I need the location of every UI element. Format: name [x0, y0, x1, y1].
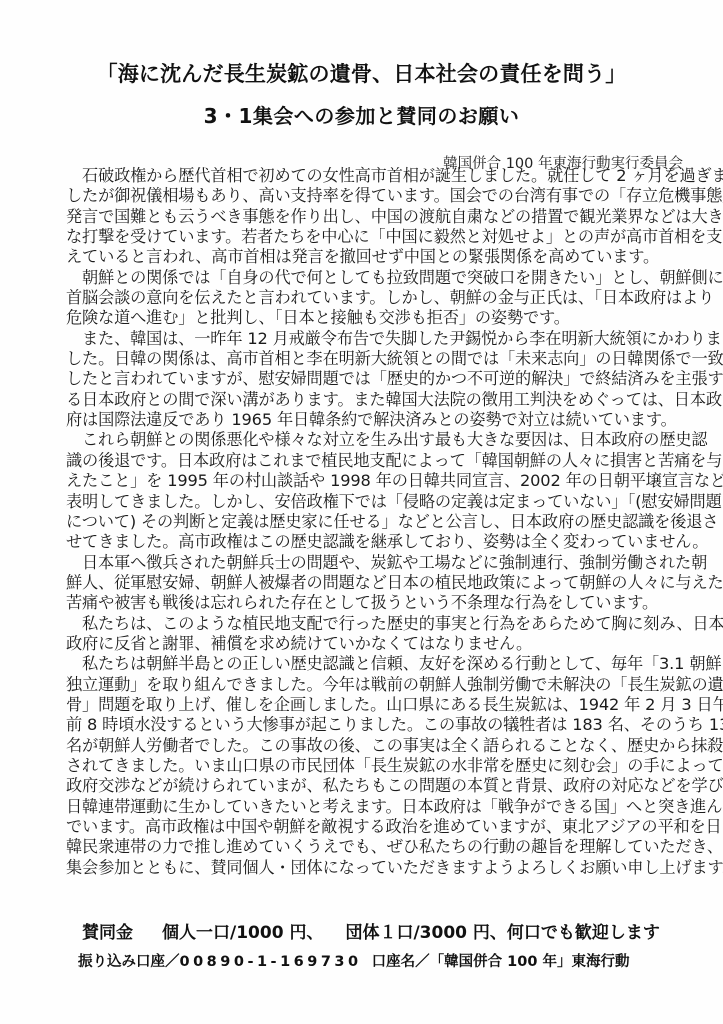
document-body: 石破政権から歴代首相で初めての女性高市首相が誕生しました。就任して 2 ヶ月を過…	[66, 166, 696, 878]
account-name: 「韓国併合 100 年」東海行動	[430, 954, 630, 970]
paragraph-line: 日韓連帯運動に生かしていきたいと考えます。日本政府は「戦争ができる国」へと突き進…	[66, 797, 696, 817]
paragraph-first-line: また、韓国は、一昨年 12 月戒厳令布告で失脚した尹錫悦から李在明新大統領にかわ…	[66, 329, 696, 349]
paragraph-first-line: 石破政権から歴代首相で初めての女性高市首相が誕生しました。就任して 2 ヶ月を過…	[66, 166, 696, 186]
individual-donation: 個人一口/1000 円、	[162, 918, 323, 943]
paragraph-first-line: 私たちは朝鮮半島との正しい歴史認識と信頼、友好を深める行動として、毎年「3.1 …	[66, 654, 696, 674]
paragraph-line: 韓民衆連帯の力で推し進めていくうえでも、ぜひ私たちの行動の趣旨を理解していただき…	[66, 837, 696, 857]
paragraph-line: 首脳会談の意向を伝えたと言われています。しかし、朝鮮の金与正氏は、「日本政府はよ…	[66, 288, 696, 308]
paragraph-line: について) その判断と定義は歴史家に任せる」などと公言し、日本政府の歴史認識を後…	[66, 512, 696, 532]
paragraph-line: 政府交渉などが続けられていまが、私たちもこの問題の本質と背景、政府の対応などを学…	[66, 776, 696, 796]
paragraph-line: な打撃を受けています。若者たちを中心に「中国に毅然と対処せよ」との声が高市首相を…	[66, 227, 696, 247]
document-subtitle: 3・1集会への参加と賛同のお願い	[0, 100, 723, 129]
account-number: 00890-1-169730	[180, 954, 362, 970]
paragraph-line: した。日韓の関係は、高市首相と李在明新大統領との間では「未来志向」の日韓関係で一…	[66, 349, 696, 369]
paragraph-line: せてきました。高市政権はこの歴史認識を継承しており、姿勢は全く変わっていません。	[66, 532, 696, 552]
paragraph-line: 前 8 時頃水没するという大惨事が起こりました。この事故の犠牲者は 183 名、…	[66, 715, 696, 735]
paragraph-line: 独立運動」を取り組んできました。今年は戦前の朝鮮人強制労働で未解決の「長生炭鉱の…	[66, 675, 696, 695]
donation-info: 賛同金個人一口/1000 円、団体１口/3000 円、何口でも歓迎します	[82, 918, 660, 943]
bank-account-info: 振り込み口座／00890-1-169730口座名／「韓国併合 100 年」東海行…	[78, 950, 629, 971]
paragraph-line: したが御祝儀相場もあり、高い支持率を得ています。国会での台湾有事での「存立危機事…	[66, 186, 696, 206]
paragraph-line: 府は国際法違反であり 1965 年日韓条約で解決済みとの姿勢で対立は続いています…	[66, 410, 696, 430]
paragraph-line: えたこと」を 1995 年の村山談話や 1998 年の日韓共同宣言、2002 年…	[66, 471, 696, 491]
account-label: 振り込み口座／	[78, 954, 180, 970]
document-page: 「海に沈んだ長生炭鉱の遺骨、日本社会の責任を問う」 3・1集会への参加と賛同のお…	[0, 0, 723, 1024]
paragraph-line: 識の後退です。日本政府はこれまで植民地支配によって「韓国朝鮮の人々に損害と苦痛を…	[66, 451, 696, 471]
paragraph-line: 政府に反省と謝罪、補償を求め続けていかなくてはなりません。	[66, 634, 696, 654]
paragraph-line: 集会参加とともに、賛同個人・団体になっていただきますようよろしくお願い申し上げま…	[66, 858, 696, 878]
paragraph-line: されてきました。いま山口県の市民団体「長生炭鉱の水非常を歴史に刻む会」の手によっ…	[66, 756, 696, 776]
paragraph-first-line: 朝鮮との関係では「自身の代で何としても拉致問題で突破口を開きたい」とし、朝鮮側に	[66, 268, 696, 288]
paragraph-line: えていると言われ、高市首相は発言を撤回せず中国との緊張関係を高めています。	[66, 247, 696, 267]
donation-label: 賛同金	[82, 918, 162, 943]
paragraph-first-line: 日本軍へ徴兵された朝鮮兵士の問題や、炭鉱や工場などに強制連行、強制労働された朝	[66, 553, 696, 573]
paragraph-line: 表明してきました。しかし、安倍政権下では「侵略の定義は定まっていない」「(慰安婦…	[66, 492, 696, 512]
account-name-label: 口座名／	[372, 954, 430, 970]
paragraph-line: る日本政府との間で深い溝があります。また韓国大法院の徴用工判決をめぐっては、日本…	[66, 390, 696, 410]
paragraph-line: 鮮人、従軍慰安婦、朝鮮人被爆者の問題など日本の植民地政策によって朝鮮の人々に与え…	[66, 573, 696, 593]
paragraph-first-line: これら朝鮮との関係悪化や様々な対立を生み出す最も大きな要因は、日本政府の歴史認	[66, 430, 696, 450]
paragraph-line: 苦痛や被害も戦後は忘れられた存在として扱うという不条理な行為をしています。	[66, 593, 696, 613]
paragraph-first-line: 私たちは、このような植民地支配で行った歴史的事実と行為をあらためて胸に刻み、日本	[66, 614, 696, 634]
paragraph-line: 危険な道へ進む」と批判し、「日本と接触も交渉も拒否」の姿勢です。	[66, 308, 696, 328]
group-donation: 団体１口/3000 円、何口でも歓迎します	[345, 918, 659, 943]
document-title: 「海に沈んだ長生炭鉱の遺骨、日本社会の責任を問う」	[0, 58, 723, 88]
paragraph-line: 骨」問題を取り上げ、催しを企画しました。山口県にある長生炭鉱は、1942 年 2…	[66, 695, 696, 715]
paragraph-line: 発言で国難とも云うべき事態を作り出し、中国の渡航自粛などの措置で観光業界などは大…	[66, 207, 696, 227]
paragraph-line: したと言われていますが、慰安婦問題では「歴史的かつ不可逆的解決」で終結済みを主張…	[66, 369, 696, 389]
paragraph-line: 名が朝鮮人労働者でした。この事故の後、この事実は全く語られることなく、歴史から抹…	[66, 736, 696, 756]
paragraph-line: でいます。高市政権は中国や朝鮮を敵視する政治を進めていますが、東北アジアの平和を…	[66, 817, 696, 837]
